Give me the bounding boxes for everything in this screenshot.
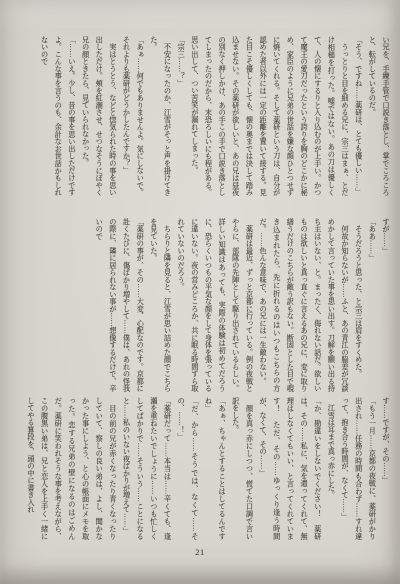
paragraph: 顔を真っ赤にしつつ、慌てた口調で言い訳をした。 <box>228 397 255 540</box>
paragraph: 「あぁ……何でもありませんよ。気にしないで。それよりも薬研がどうかしたんですか？… <box>119 36 146 196</box>
paragraph: 「あぁ、ちゃんとすることはしてるんですね」 <box>201 397 228 540</box>
text-row-top: い兄を、手練手管で口説き落とし、掌でころころと、転がしているのだ。「そう、ですね… <box>23 36 392 196</box>
page-number: 21 <box>0 547 400 557</box>
paragraph: ちらりと隣を見ると、江雪が思い詰めた顔でこちらを見ていた。 <box>146 218 173 392</box>
paragraph: 「だ、から……そうでは、なくて……その、……！」 <box>174 397 201 540</box>
paragraph: 「もう一月……京都の夜戦に、薬研がかり出され……任務の時間も合わず……すれ違って… <box>337 397 378 540</box>
paragraph: 薬研は最近、ずっと京都に行っている。例の夜戦とやらに、部隊の先陣として駆り出され… <box>174 218 256 392</box>
paragraph: うっとりと目を細める兄に、宗三はまぁ、とだけ相槌を打った。嘘ではない。あの刀は優… <box>187 36 351 196</box>
paragraph: すが……」 <box>378 218 392 392</box>
paragraph: 何故か知らないが……ふと、あの青江の脇差が冗談めかして言っていた事を思い出す。刀… <box>255 218 351 392</box>
paragraph: 江雪は耳まで真っ赤にした。 <box>324 397 338 540</box>
paragraph: 「そう、ですね……薬研は、とても優しい……」 <box>351 36 365 196</box>
paragraph: 「薬研だって……本当は……辛くても、逢瀬を重ねたいでしょうに……いつも忙しくして… <box>119 397 174 540</box>
paragraph: い兄を、手練手管で口説き落とし、掌でころころと、転がしているのだ。 <box>365 36 392 196</box>
paragraph: 「……いえ。少し、昔の事を思い出しただけですよ。こんな事を言うのも、余計なお世話… <box>37 36 78 196</box>
paragraph: 「宗三……？」 <box>174 36 188 196</box>
scanned-book-page: い兄を、手練手管で口説き落とし、掌でころころと、転がしているのだ。「そう、ですね… <box>0 0 400 584</box>
paragraph: 「薬研の事が、その……大変、心配なのです。京都に赴くたびに、傷ばかり増やして……… <box>92 218 147 392</box>
text-row-bottom: す……ですが、その……」「もう一月……京都の夜戦に、薬研がかり出され……任務の時… <box>23 397 392 540</box>
paragraph: 「か、勘違いをしないでください！ 薬研は、その……私に、気を遣ってくれて、無理は… <box>255 397 323 540</box>
paragraph: そうだろうと思った、と宗三は肩をすくめた。 <box>351 218 365 392</box>
paragraph: 「ああ……」 <box>365 218 379 392</box>
paragraph: 実はとうとう、などと惚気られた時の事を思い出しただけ。頬を紅潮させ、せつなそうに… <box>78 36 119 196</box>
paragraph: す……ですが、その……」 <box>378 397 392 540</box>
paragraph: 目の前の兄が赤くなったり青くなったりしていて、察しの良い弟は、よし、聞かなかった… <box>23 397 119 540</box>
text-row-middle: すが……」「ああ……」 そうだろうと思った、と宗三は肩をすくめた。 何故か知らな… <box>23 218 392 392</box>
paragraph: 不安になったのか、江雪がそっと声を掛けてきた。 <box>146 36 173 196</box>
